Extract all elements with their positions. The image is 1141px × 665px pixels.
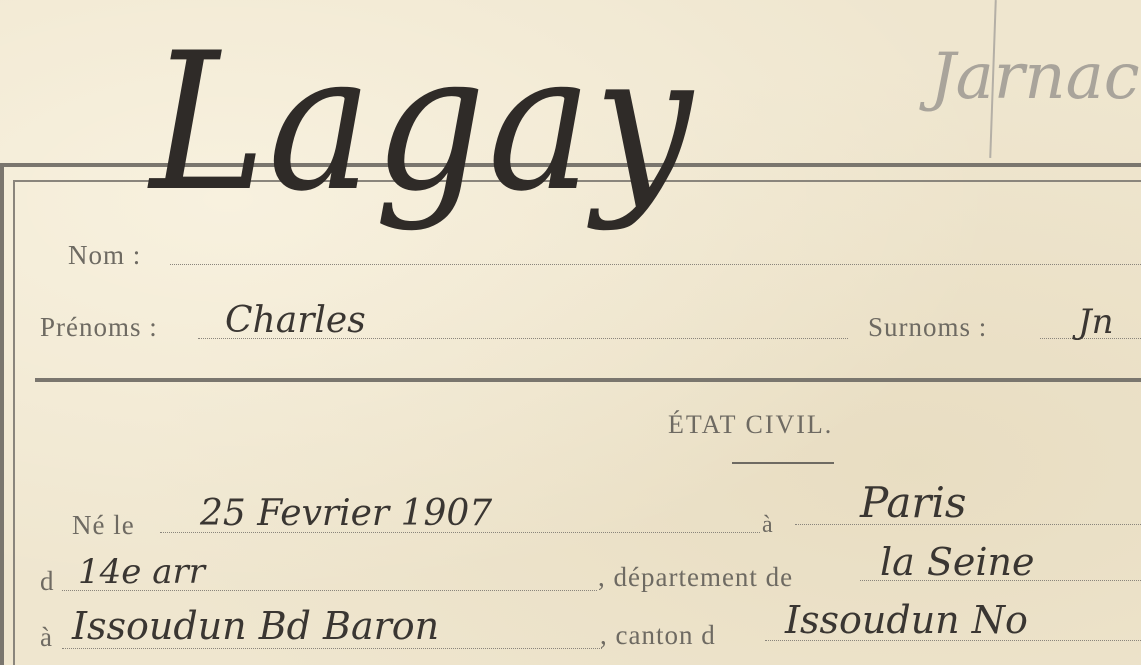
birth-date-value: 25 Fevrier 1907 <box>200 493 492 534</box>
prenoms-label: Prénoms : <box>40 312 158 343</box>
arrondissement-value: 14e arr <box>78 552 205 592</box>
surnoms-value: Jn <box>1078 302 1114 342</box>
residence-value: Issoudun Bd Baron <box>72 604 439 648</box>
section-divider <box>35 378 1141 382</box>
canton-label: , canton d <box>600 620 716 651</box>
birth-place-a-label: à <box>762 512 773 539</box>
surname-value: Lagay <box>150 28 694 218</box>
pencil-annotation: Jarnac <box>930 40 1140 114</box>
frame-left-rule <box>0 163 4 665</box>
etat-civil-title: ÉTAT CIVIL. <box>668 410 833 440</box>
surnoms-label: Surnoms : <box>868 312 987 343</box>
prenoms-value: Charles <box>225 300 366 341</box>
departement-value: la Seine <box>880 540 1035 584</box>
canton-value: Issoudun No <box>785 598 1028 642</box>
residence-a-label: à <box>40 622 53 653</box>
departement-label: , département de <box>598 562 793 593</box>
nom-label: Nom : <box>68 240 141 271</box>
birth-place-line <box>795 524 1141 525</box>
title-underline <box>732 462 834 464</box>
birth-place-value: Paris <box>860 478 966 527</box>
nom-field-line <box>170 264 1141 265</box>
d-label: d <box>40 566 55 597</box>
frame-left-inner-rule <box>13 180 15 665</box>
ne-le-label: Né le <box>72 510 135 541</box>
residence-line <box>62 648 602 649</box>
